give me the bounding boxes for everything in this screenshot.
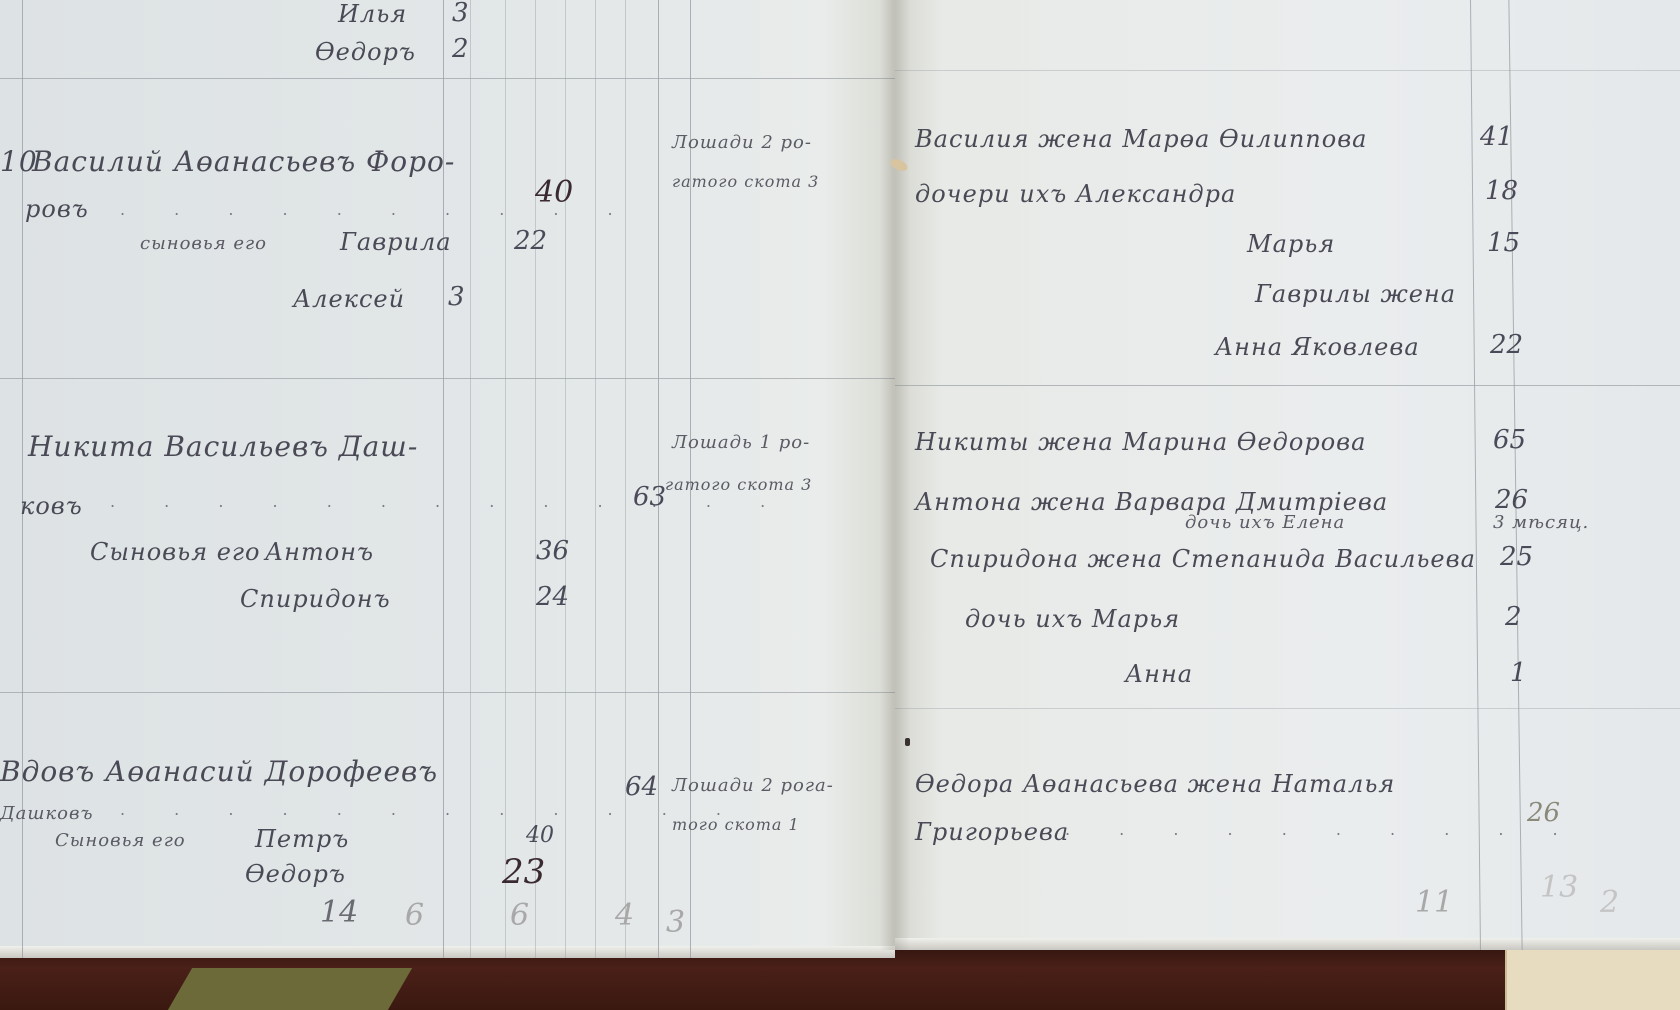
family-entry: Григорьева <box>915 818 1069 846</box>
son-age: 36 <box>536 536 569 566</box>
head-age: 63 <box>633 482 666 512</box>
row-divider <box>895 385 1680 386</box>
property-note: Лошади 2 рога- <box>672 775 834 796</box>
son-age: 23 <box>502 852 545 892</box>
entry-age: 26 <box>1495 485 1528 515</box>
household-head: Вдовъ Аөанасий Дорофеевъ <box>0 755 438 788</box>
carryover-age: 3 <box>452 0 469 28</box>
son-age: 3 <box>448 282 465 312</box>
page-edge <box>895 938 1680 950</box>
family-entry: Спиридона жена Степанида Васильева <box>930 545 1476 573</box>
binding-hole <box>905 738 910 746</box>
entry-age: 1 <box>1510 658 1527 688</box>
family-entry: Өедора Аөанасьева жена Наталья <box>915 770 1395 798</box>
entry-age: 2 <box>1505 602 1522 632</box>
entry-age: 15 <box>1487 228 1520 258</box>
son-age: 24 <box>536 582 569 612</box>
family-entry: Марья <box>1247 230 1335 258</box>
family-entry: дочери ихъ Александра <box>915 180 1236 208</box>
right-page: Василия жена Марөа Өилиппова 41 дочери и… <box>895 0 1680 950</box>
green-cloth <box>168 968 412 1010</box>
head-age: 40 <box>535 175 573 210</box>
property-note: гатого скота 3 <box>665 475 812 494</box>
sons-label: сыновья его <box>140 233 267 254</box>
row-divider <box>895 708 1680 709</box>
family-entry: дочь ихъ Марья <box>965 605 1180 633</box>
household-head: Василий Аөанасьевъ Форо- <box>32 145 455 178</box>
pencil-total: 11 <box>1415 885 1453 920</box>
sons-label: Сыновья его <box>90 538 261 566</box>
family-entry: Анна <box>1125 660 1193 688</box>
household-head-cont: Дашковъ <box>0 803 93 824</box>
row-divider <box>0 692 895 693</box>
family-entry: Никиты жена Марина Өедорова <box>915 428 1366 456</box>
household-head-cont: ровъ <box>25 195 89 223</box>
property-note: гатого скота 3 <box>672 172 819 191</box>
household-head: Никита Васильевъ Даш- <box>28 430 418 463</box>
son-age: 40 <box>526 823 554 848</box>
sons-label: Сыновья его <box>55 830 186 851</box>
entry-age: 3 мѣсяц. <box>1493 512 1589 533</box>
dot-leader: . . . . . . . . . . . . <box>120 800 743 819</box>
dot-leader: . . . . . . . . . . . . . <box>110 492 787 511</box>
left-page: Илья 3 Өедоръ 2 10 Василий Аөанасьевъ Фо… <box>0 0 895 958</box>
entry-age: 22 <box>1490 330 1523 360</box>
family-entry: Анна Яковлева <box>1215 333 1420 361</box>
row-divider <box>895 70 1680 71</box>
pencil-total: 2 <box>1600 885 1619 920</box>
entry-age: 25 <box>1500 542 1533 572</box>
son-name: Алексей <box>293 285 405 313</box>
head-age: 64 <box>625 772 658 802</box>
pencil-total: 4 <box>615 898 634 933</box>
pencil-total: 14 <box>320 895 358 930</box>
pencil-total: 6 <box>510 898 529 933</box>
son-name: Антонъ <box>265 538 374 566</box>
pencil-total: 3 <box>666 905 685 940</box>
carryover-name: Илья <box>338 0 407 28</box>
household-head-cont: ковъ <box>20 492 83 520</box>
pencil-total: 6 <box>405 898 424 933</box>
family-entry: дочь ихъ Елена <box>1185 512 1345 533</box>
family-entry: Василия жена Марөа Өилиппова <box>915 125 1367 153</box>
property-note: Лошади 2 ро- <box>672 132 812 153</box>
son-name: Гаврила <box>340 228 452 256</box>
page-edge <box>0 946 895 958</box>
entry-age: 26 <box>1527 798 1560 828</box>
entry-age: 18 <box>1485 176 1518 206</box>
row-divider <box>0 378 895 379</box>
property-note: Лошадь 1 ро- <box>672 432 810 453</box>
son-name: Өедоръ <box>245 860 346 888</box>
son-age: 22 <box>514 226 547 256</box>
dot-leader: . . . . . . . . . . <box>1065 820 1580 839</box>
son-name: Петръ <box>255 825 349 853</box>
entry-age: 65 <box>1493 425 1526 455</box>
entry-age: 41 <box>1480 122 1513 152</box>
property-note: того скота 1 <box>672 815 800 834</box>
carryover-name: Өедоръ <box>315 38 416 66</box>
son-name: Спиридонъ <box>240 585 391 613</box>
pencil-total: 13 <box>1540 870 1578 905</box>
carryover-age: 2 <box>452 34 469 64</box>
book-spine <box>880 0 910 950</box>
family-entry: Гаврилы жена <box>1255 280 1456 308</box>
row-divider <box>0 78 895 79</box>
